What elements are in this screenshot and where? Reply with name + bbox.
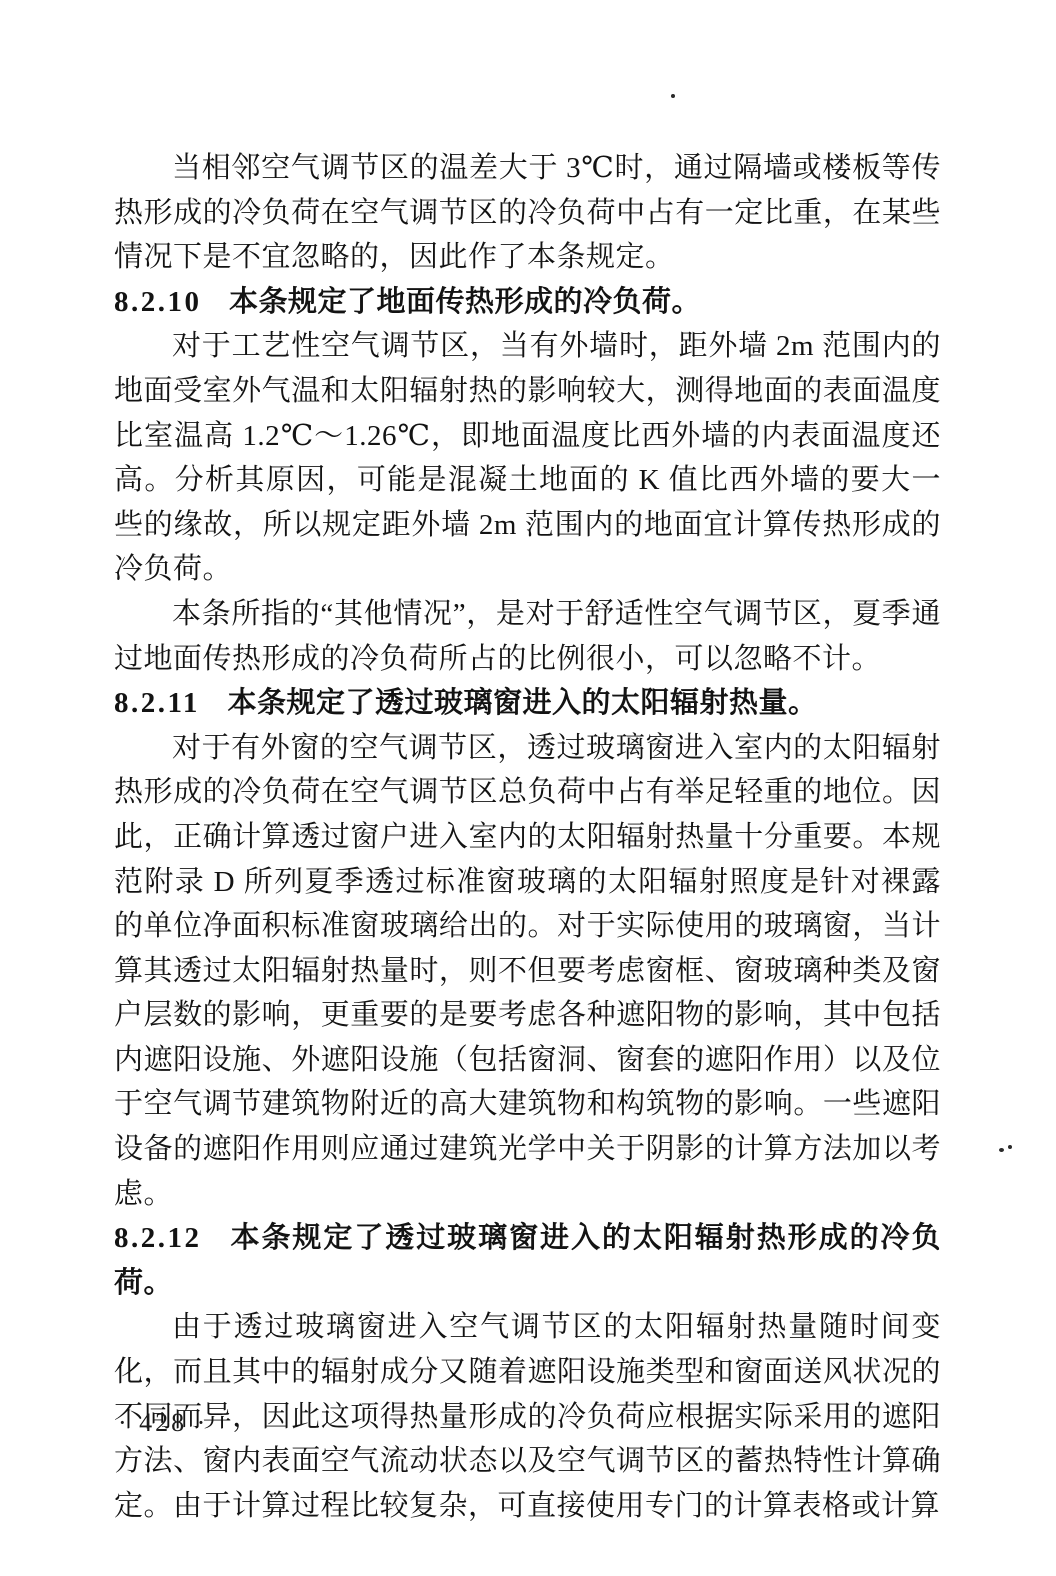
clause-number: 8.2.10 (114, 286, 202, 318)
clause-title: 本条规定了地面传热形成的冷负荷。 (229, 286, 701, 318)
scanned-document-page: { "colors": { "background": "#ffffff", "… (0, 0, 1056, 1576)
paragraph-partition-heat-gain: 当相邻空气调节区的温差大于 3℃时，通过隔墙或楼板等传热形成的冷负荷在空气调节区… (114, 146, 941, 280)
paragraph-floor-heat-gain: 对于工艺性空气调节区，当有外墙时，距外墙 2m 范围内的地面受室外气温和太阳辐射… (114, 324, 941, 592)
clause-heading-8-2-12: 8.2.12本条规定了透过玻璃窗进入的太阳辐射热形成的冷负荷。 (114, 1216, 941, 1305)
clause-title: 本条规定了透过玻璃窗进入的太阳辐射热量。 (227, 687, 817, 719)
paragraph-other-cases: 本条所指的“其他情况”，是对于舒适性空气调节区，夏季通过地面传热形成的冷负荷所占… (114, 592, 941, 681)
page-number: · 428 · (118, 1408, 208, 1438)
clause-heading-8-2-10: 8.2.10本条规定了地面传热形成的冷负荷。 (114, 280, 941, 325)
clause-number: 8.2.12 (114, 1222, 202, 1254)
paragraph-solar-cooling-load-calculation: 由于透过玻璃窗进入空气调节区的太阳辐射热量随时间变化，而且其中的辐射成分又随着遮… (114, 1305, 941, 1528)
clause-heading-8-2-11: 8.2.11本条规定了透过玻璃窗进入的太阳辐射热量。 (114, 681, 941, 726)
scan-speck (1008, 1145, 1012, 1149)
clause-number: 8.2.11 (114, 687, 200, 719)
clause-title: 本条规定了透过玻璃窗进入的太阳辐射热形成的冷负荷。 (114, 1222, 941, 1299)
scan-speck (671, 94, 675, 98)
scan-speck (999, 1148, 1004, 1152)
paragraph-solar-radiation-through-windows: 对于有外窗的空气调节区，透过玻璃窗进入室内的太阳辐射热形成的冷负荷在空气调节区总… (114, 726, 941, 1217)
document-text-block: 当相邻空气调节区的温差大于 3℃时，通过隔墙或楼板等传热形成的冷负荷在空气调节区… (114, 146, 941, 1528)
